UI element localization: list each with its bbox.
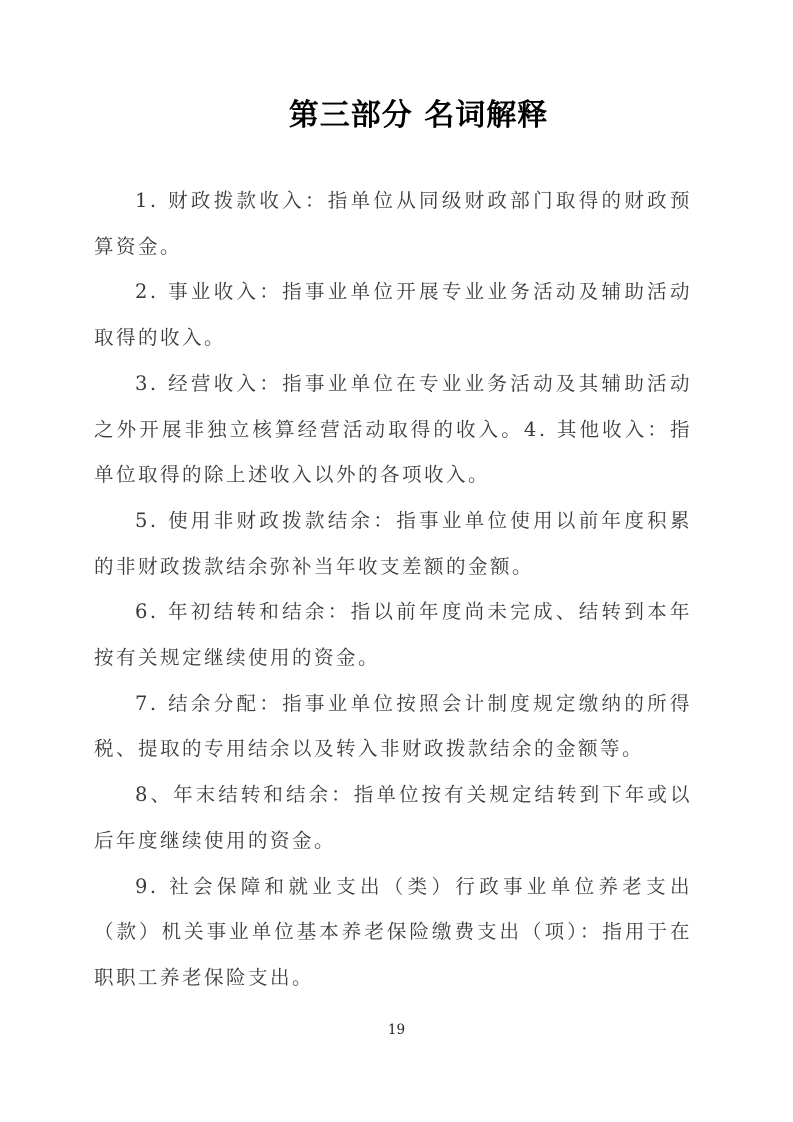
document-page: 第三部分 名词解释 1. 财政拨款收入：指单位从同级财政部门取得的财政预算资金。…: [0, 0, 793, 1122]
paragraph: 3. 经营收入：指事业单位在专业业务活动及其辅助活动之外开展非独立核算经营活动取…: [94, 361, 692, 498]
paragraph: 2. 事业收入：指事业单位开展专业业务活动及辅助活动取得的收入。: [94, 269, 692, 360]
document-title: 第三部分 名词解释: [0, 0, 793, 132]
paragraph: 9. 社会保障和就业支出（类）行政事业单位养老支出（款）机关事业单位基本养老保险…: [94, 864, 692, 1001]
paragraph: 1. 财政拨款收入：指单位从同级财政部门取得的财政预算资金。: [94, 178, 692, 269]
paragraph: 8、年末结转和结余：指单位按有关规定结转到下年或以后年度继续使用的资金。: [94, 772, 692, 863]
page-number: 19: [0, 1022, 793, 1038]
paragraph: 5. 使用非财政拨款结余：指事业单位使用以前年度积累的非财政拨款结余弥补当年收支…: [94, 498, 692, 589]
paragraph: 7. 结余分配：指事业单位按照会计制度规定缴纳的所得税、提取的专用结余以及转入非…: [94, 681, 692, 772]
paragraph: 6. 年初结转和结余：指以前年度尚未完成、结转到本年按有关规定继续使用的资金。: [94, 589, 692, 680]
document-body: 1. 财政拨款收入：指单位从同级财政部门取得的财政预算资金。 2. 事业收入：指…: [94, 178, 692, 1001]
